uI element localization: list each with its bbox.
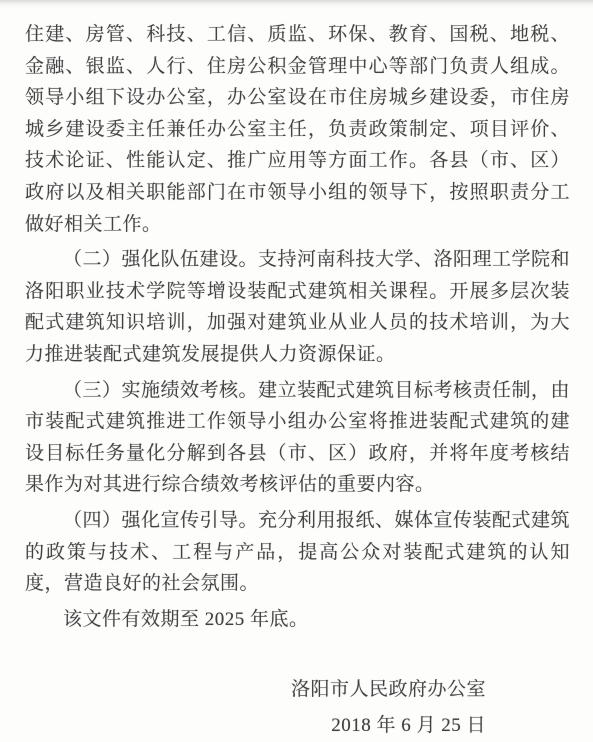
scan-edge-shadow <box>0 0 593 9</box>
signature-date: 2018 年 6 月 25 日 <box>25 710 486 742</box>
document-body: 住建、房管、科技、工信、质监、环保、教育、国税、地税、金融、银监、人行、住房公积… <box>25 19 570 635</box>
paragraph-item-3: （三）实施绩效考核。建立装配式建筑目标考核责任制，由市装配式建筑推进工作领导小组… <box>25 375 570 501</box>
paragraph-continuation: 住建、房管、科技、工信、质监、环保、教育、国税、地税、金融、银监、人行、住房公积… <box>25 19 570 240</box>
signature-organization: 洛阳市人民政府办公室 <box>25 674 486 706</box>
paragraph-item-2: （二）强化队伍建设。支持河南科技大学、洛阳理工学院和洛阳职业技术学院等增设装配式… <box>25 244 570 370</box>
paragraph-validity: 该文件有效期至 2025 年底。 <box>25 604 570 636</box>
document-page: 住建、房管、科技、工信、质监、环保、教育、国税、地税、金融、银监、人行、住房公积… <box>0 0 593 742</box>
paragraph-item-4: （四）强化宣传引导。充分利用报纸、媒体宣传装配式建筑的政策与技术、工程与产品，提… <box>25 505 570 600</box>
signature-block: 洛阳市人民政府办公室 2018 年 6 月 25 日 <box>25 674 570 741</box>
